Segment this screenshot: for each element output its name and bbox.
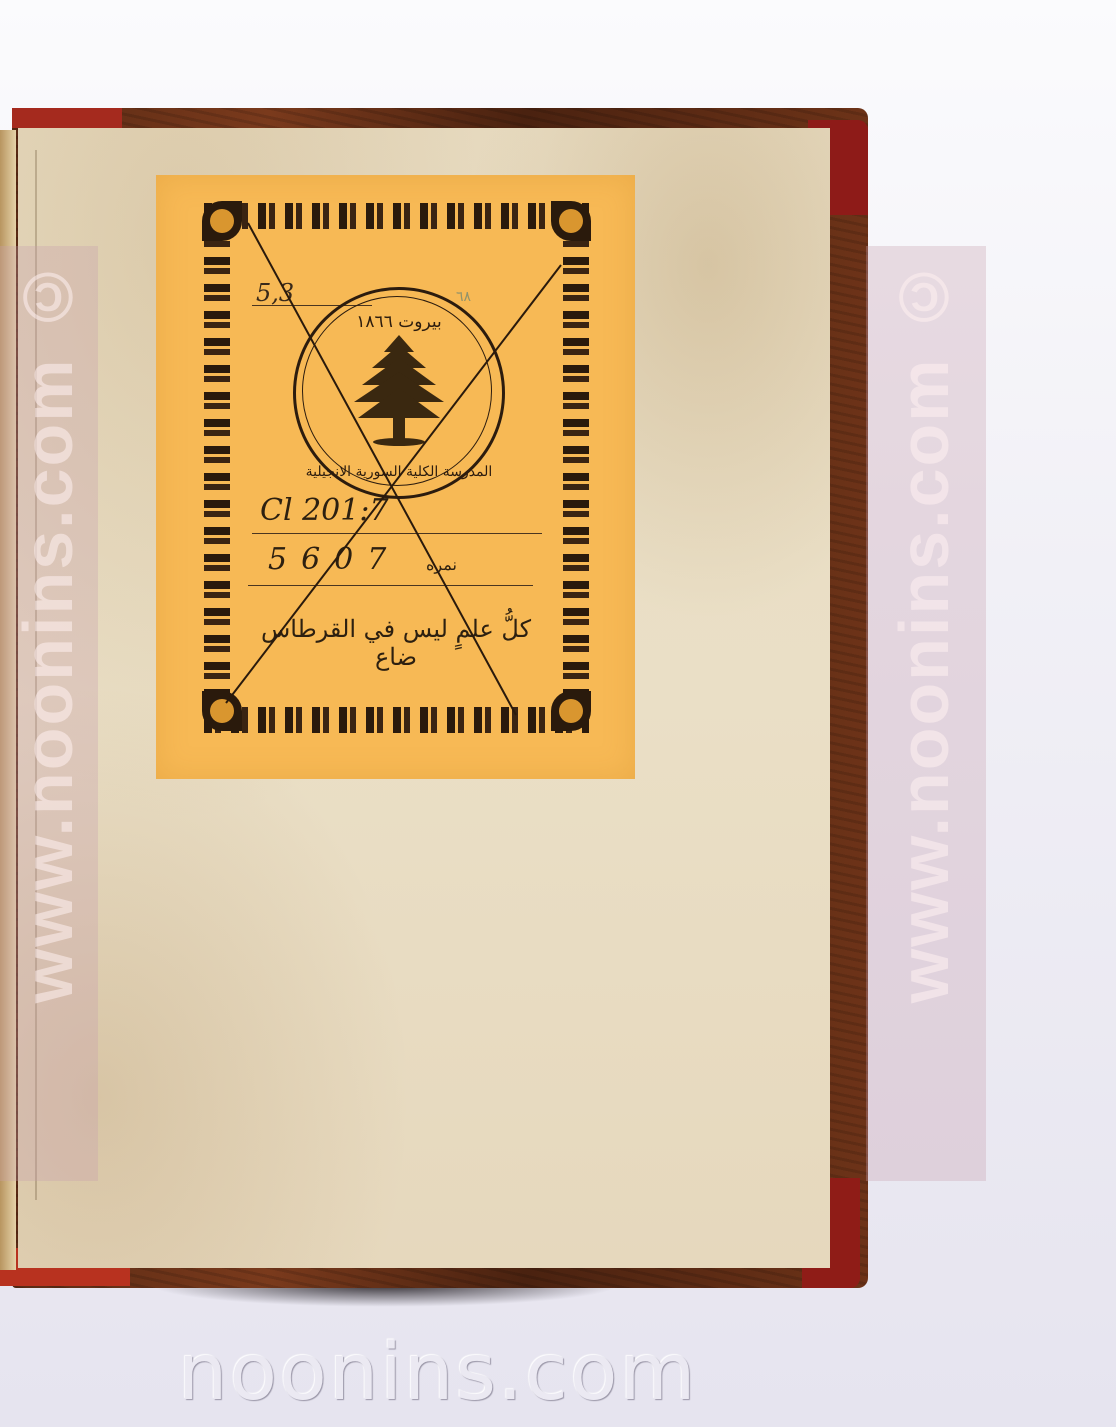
watermark-left: www.noonins.com © — [0, 246, 98, 1181]
cancellation-cross-lines — [156, 175, 635, 779]
watermark-text: www.noonins.com © — [884, 256, 964, 1003]
cover-corner-top-left — [12, 108, 122, 128]
book-shadow — [150, 1285, 620, 1307]
watermark-text: www.noonins.com © — [8, 256, 88, 1003]
footer-watermark: noonins.com — [178, 1328, 778, 1418]
watermark-right: www.noonins.com © — [866, 246, 986, 1181]
bookplate: 5,3 ٦٨ بيروت ١٨٦٦ المدرسة الكلية السورية… — [156, 175, 635, 779]
